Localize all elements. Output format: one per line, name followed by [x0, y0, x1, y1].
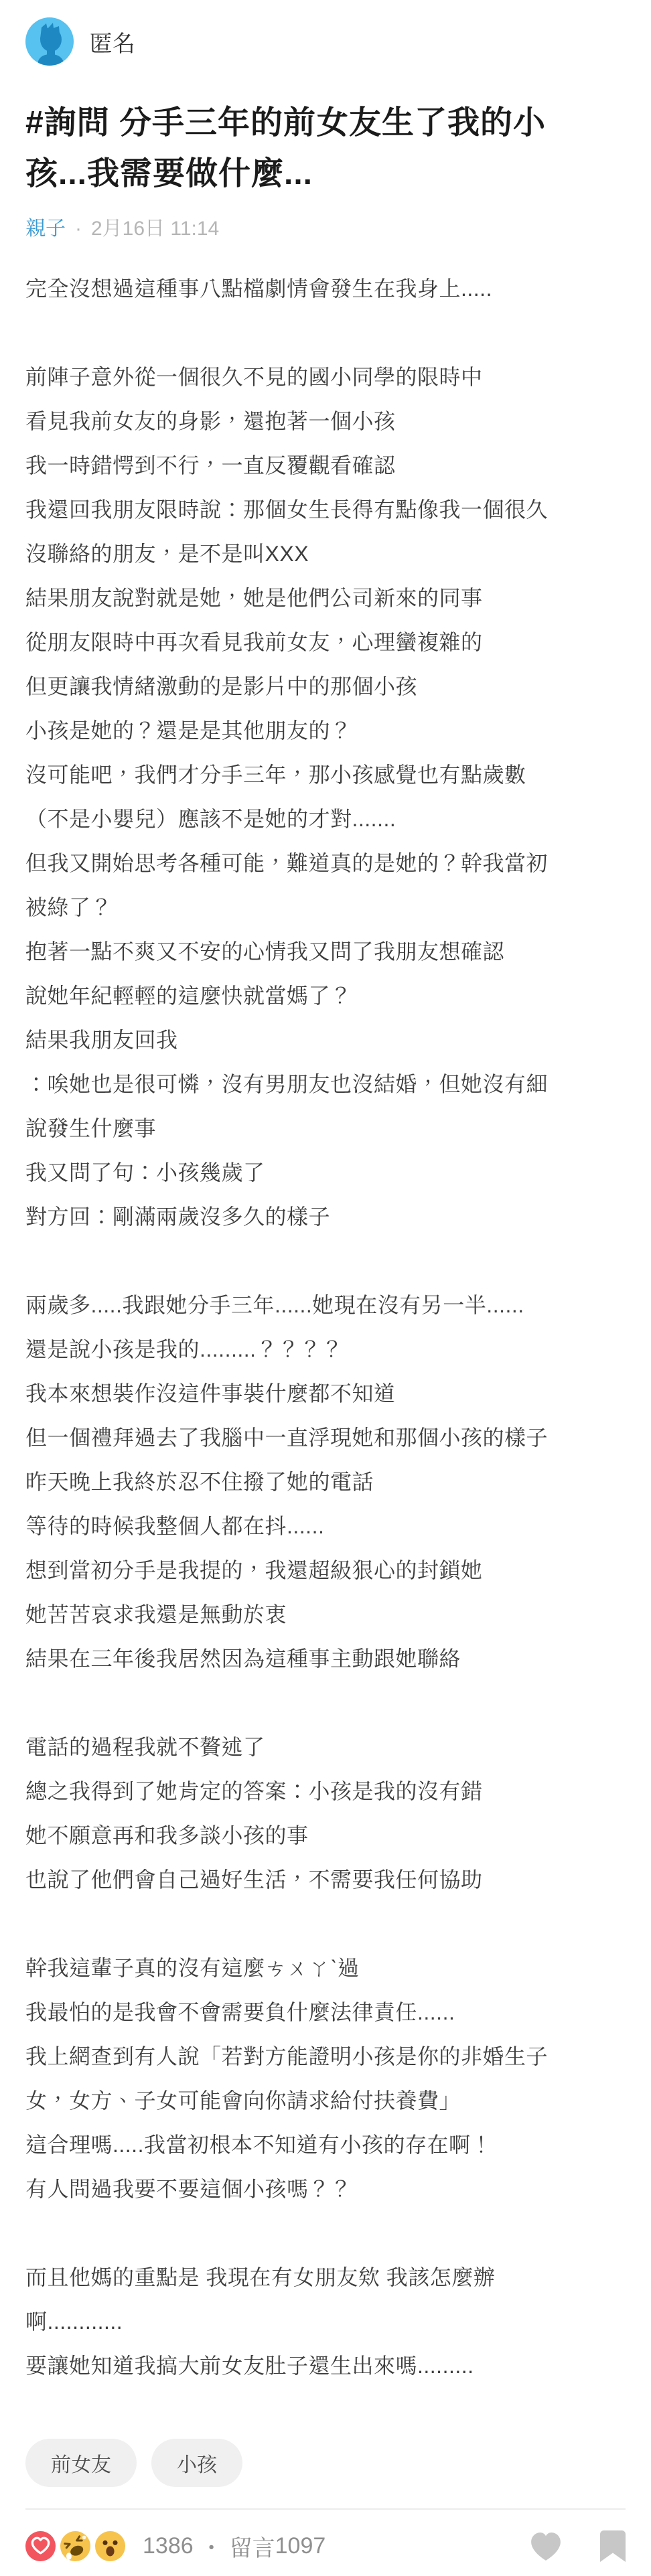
post-title: #詢問 分手三年的前女友生了我的小 孩...我需要做什麼...: [25, 98, 626, 200]
post-footer: 1386・留言 1097: [25, 2510, 626, 2576]
heart-reaction-icon: [25, 2531, 56, 2561]
topic-tag-pill[interactable]: 前女友: [25, 2439, 137, 2487]
post-meta: 親子 · 2月16日 11:14: [25, 216, 626, 242]
dcard-post-page: 匿名 #詢問 分手三年的前女友生了我的小 孩...我需要做什麼... 親子 · …: [0, 0, 651, 2576]
stats-dot-separator: ・: [200, 2530, 223, 2563]
footer-actions: [529, 2530, 626, 2562]
reaction-summary[interactable]: 1386・留言 1097: [25, 2530, 325, 2563]
anonymous-avatar-icon: [25, 17, 74, 66]
comment-count: 1097: [275, 2533, 326, 2559]
heart-icon: [529, 2531, 563, 2562]
surprised-reaction-icon: [95, 2531, 125, 2561]
bookmark-button[interactable]: [600, 2530, 626, 2562]
comments-label: 留言: [230, 2530, 275, 2563]
meta-dot-separator: ·: [75, 216, 82, 242]
topic-tag-pill[interactable]: 小孩: [151, 2439, 242, 2487]
bookmark-icon: [600, 2530, 626, 2562]
post-body: 完全沒想過這種事八點檔劇情會發生在我身上..... 前陣子意外從一個很久不見的國…: [25, 267, 626, 2388]
topic-tags: 前女友 小孩: [25, 2439, 626, 2487]
reaction-count: 1386: [143, 2533, 194, 2559]
reaction-icons: [25, 2531, 125, 2561]
laugh-reaction-icon: [60, 2531, 90, 2561]
post-timestamp: 2月16日 11:14: [91, 216, 219, 242]
post-stats: 1386・留言 1097: [143, 2530, 325, 2563]
category-link[interactable]: 親子: [25, 216, 66, 242]
like-button[interactable]: [529, 2531, 563, 2562]
author-name: 匿名: [90, 25, 135, 58]
post-header: 匿名: [0, 0, 651, 66]
